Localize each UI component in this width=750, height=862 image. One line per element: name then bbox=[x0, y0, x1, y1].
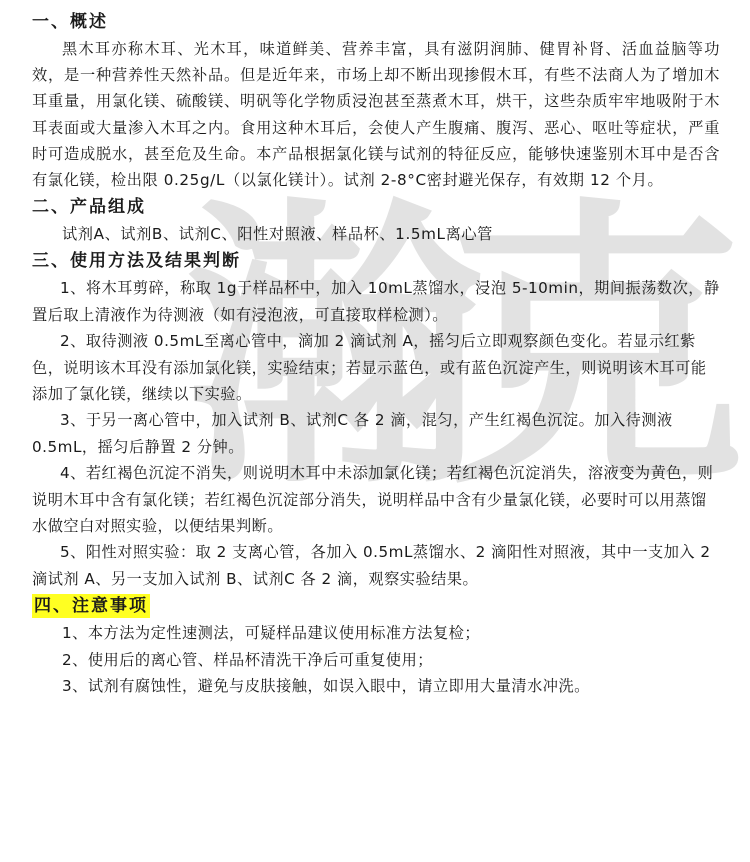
note-item: 2、使用后的离心管、样品杯清洗干净后可重复使用； bbox=[62, 647, 720, 673]
method-step: 4、若红褐色沉淀不消失，则说明木耳中未添加氯化镁；若红褐色沉淀消失，溶液变为黄色… bbox=[32, 460, 720, 539]
method-step: 3、于另一离心管中，加入试剂 B、试剂C 各 2 滴，混匀，产生红褐色沉淀。加入… bbox=[32, 407, 720, 460]
heading-method: 三、使用方法及结果判断 bbox=[32, 247, 750, 275]
method-step: 5、阳性对照实验：取 2 支离心管，各加入 0.5mL蒸馏水、2 滴阳性对照液，… bbox=[32, 539, 720, 592]
document: 一、概述 黑木耳亦称木耳、光木耳，味道鲜美、营养丰富，具有滋阴润肺、健胃补肾、活… bbox=[0, 0, 750, 700]
heading-notes: 四、注意事项 bbox=[32, 592, 750, 620]
heading-overview: 一、概述 bbox=[32, 8, 750, 36]
method-list: 1、将木耳剪碎，称取 1g于样品杯中，加入 10mL蒸馏水，浸泡 5-10min… bbox=[0, 275, 750, 592]
note-item: 3、试剂有腐蚀性，避免与皮肤接触，如误入眼中，请立即用大量清水冲洗。 bbox=[62, 673, 720, 699]
note-item: 1、本方法为定性速测法，可疑样品建议使用标准方法复检； bbox=[62, 620, 720, 646]
composition-paragraph: 试剂A、试剂B、试剂C、阳性对照液、样品杯、1.5mL离心管 bbox=[32, 221, 720, 247]
method-step: 2、取待测液 0.5mL至离心管中，滴加 2 滴试剂 A，摇匀后立即观察颜色变化… bbox=[32, 328, 720, 407]
heading-composition: 二、产品组成 bbox=[32, 193, 750, 221]
overview-paragraph: 黑木耳亦称木耳、光木耳，味道鲜美、营养丰富，具有滋阴润肺、健胃补肾、活血益脑等功… bbox=[32, 36, 720, 193]
heading-notes-highlight: 四、注意事项 bbox=[32, 594, 150, 618]
method-step: 1、将木耳剪碎，称取 1g于样品杯中，加入 10mL蒸馏水，浸泡 5-10min… bbox=[32, 275, 720, 328]
notes-list: 1、本方法为定性速测法，可疑样品建议使用标准方法复检； 2、使用后的离心管、样品… bbox=[0, 620, 750, 699]
